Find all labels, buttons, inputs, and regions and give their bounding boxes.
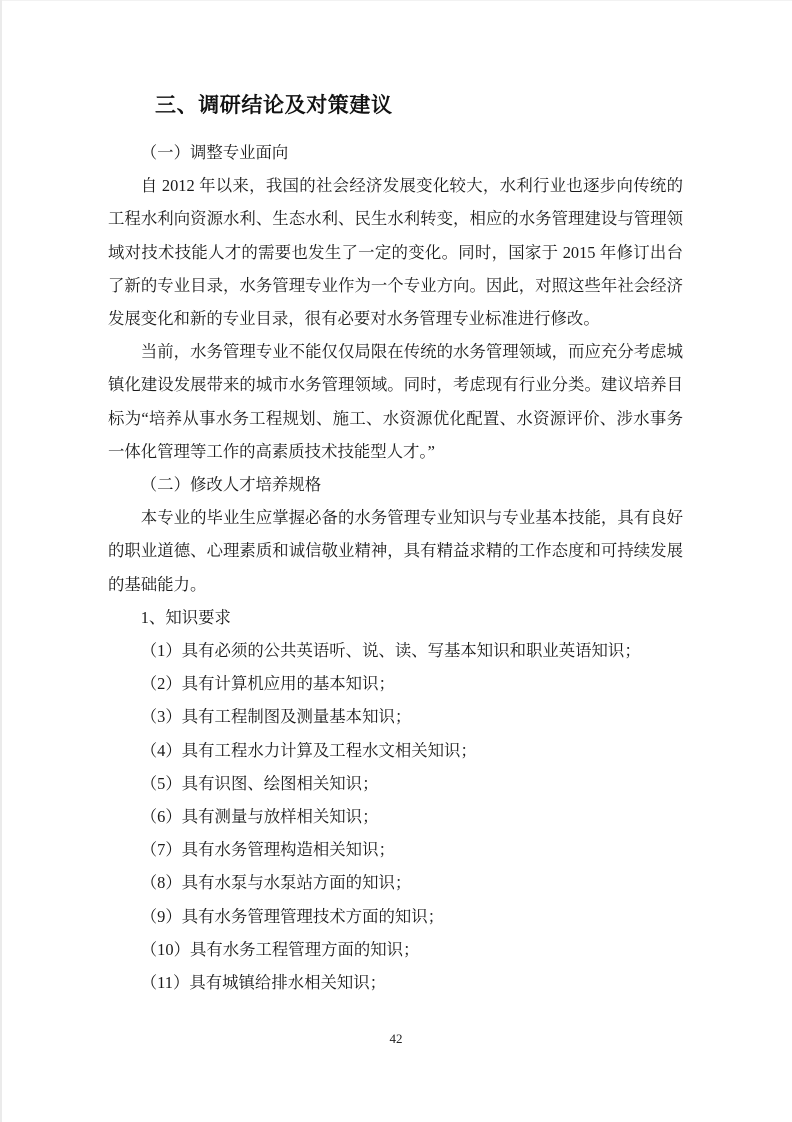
list-item: （1）具有必须的公共英语听、说、读、写基本知识和职业英语知识； <box>108 634 683 667</box>
section-heading-1: （一）调整专业面向 <box>108 136 683 169</box>
document-content: 三、调研结论及对策建议 （一）调整专业面向 自 2012 年以来，我国的社会经济… <box>108 91 683 999</box>
document-page: 三、调研结论及对策建议 （一）调整专业面向 自 2012 年以来，我国的社会经济… <box>0 0 792 1122</box>
list-item: （11）具有城镇给排水相关知识； <box>108 966 683 999</box>
paragraph: 自 2012 年以来，我国的社会经济发展变化较大，水利行业也逐步向传统的工程水利… <box>108 169 683 335</box>
list-item: （3）具有工程制图及测量基本知识； <box>108 700 683 733</box>
page-number: 42 <box>0 1031 792 1047</box>
paragraph: 当前，水务管理专业不能仅仅局限在传统的水务管理领域，而应充分考虑城镇化建设发展带… <box>108 335 683 468</box>
list-item: （4）具有工程水力计算及工程水文相关知识； <box>108 734 683 767</box>
paragraph: 本专业的毕业生应掌握必备的水务管理专业知识与专业基本技能，具有良好的职业道德、心… <box>108 501 683 601</box>
subsection-heading: 1、知识要求 <box>108 601 683 634</box>
list-item: （7）具有水务管理构造相关知识； <box>108 833 683 866</box>
list-item: （8）具有水泵与水泵站方面的知识； <box>108 866 683 899</box>
list-item: （10）具有水务工程管理方面的知识； <box>108 933 683 966</box>
list-item: （9）具有水务管理管理技术方面的知识； <box>108 900 683 933</box>
list-item: （5）具有识图、绘图相关知识； <box>108 767 683 800</box>
page-title: 三、调研结论及对策建议 <box>108 91 683 119</box>
list-item: （6）具有测量与放样相关知识； <box>108 800 683 833</box>
section-heading-2: （二）修改人才培养规格 <box>108 468 683 501</box>
list-item: （2）具有计算机应用的基本知识； <box>108 667 683 700</box>
